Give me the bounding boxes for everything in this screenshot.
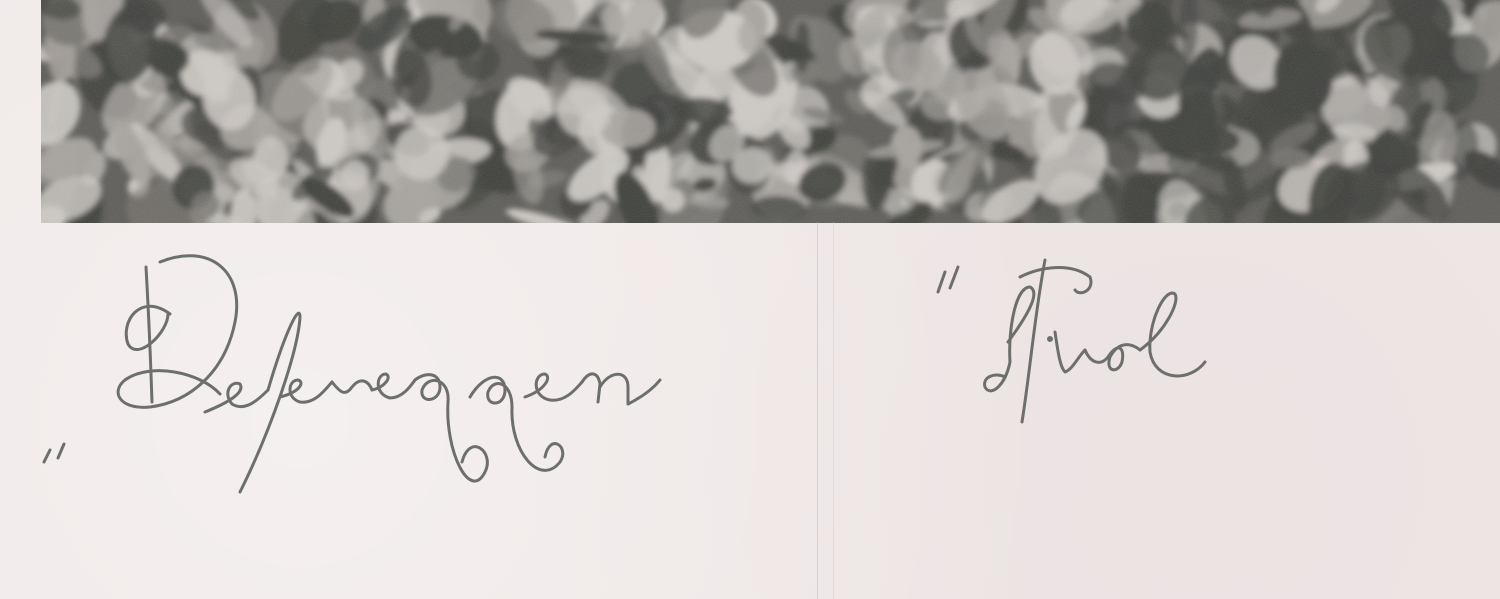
photo-foliage-texture — [41, 0, 1500, 223]
word-defereggen — [205, 313, 660, 492]
word-tirol — [985, 260, 1205, 422]
photograph — [41, 0, 1500, 223]
closing-quote — [938, 267, 958, 292]
letter-D — [118, 256, 237, 408]
handwritten-caption: „Defereggen" Tirol — [0, 222, 1500, 599]
opening-quote — [44, 444, 64, 462]
